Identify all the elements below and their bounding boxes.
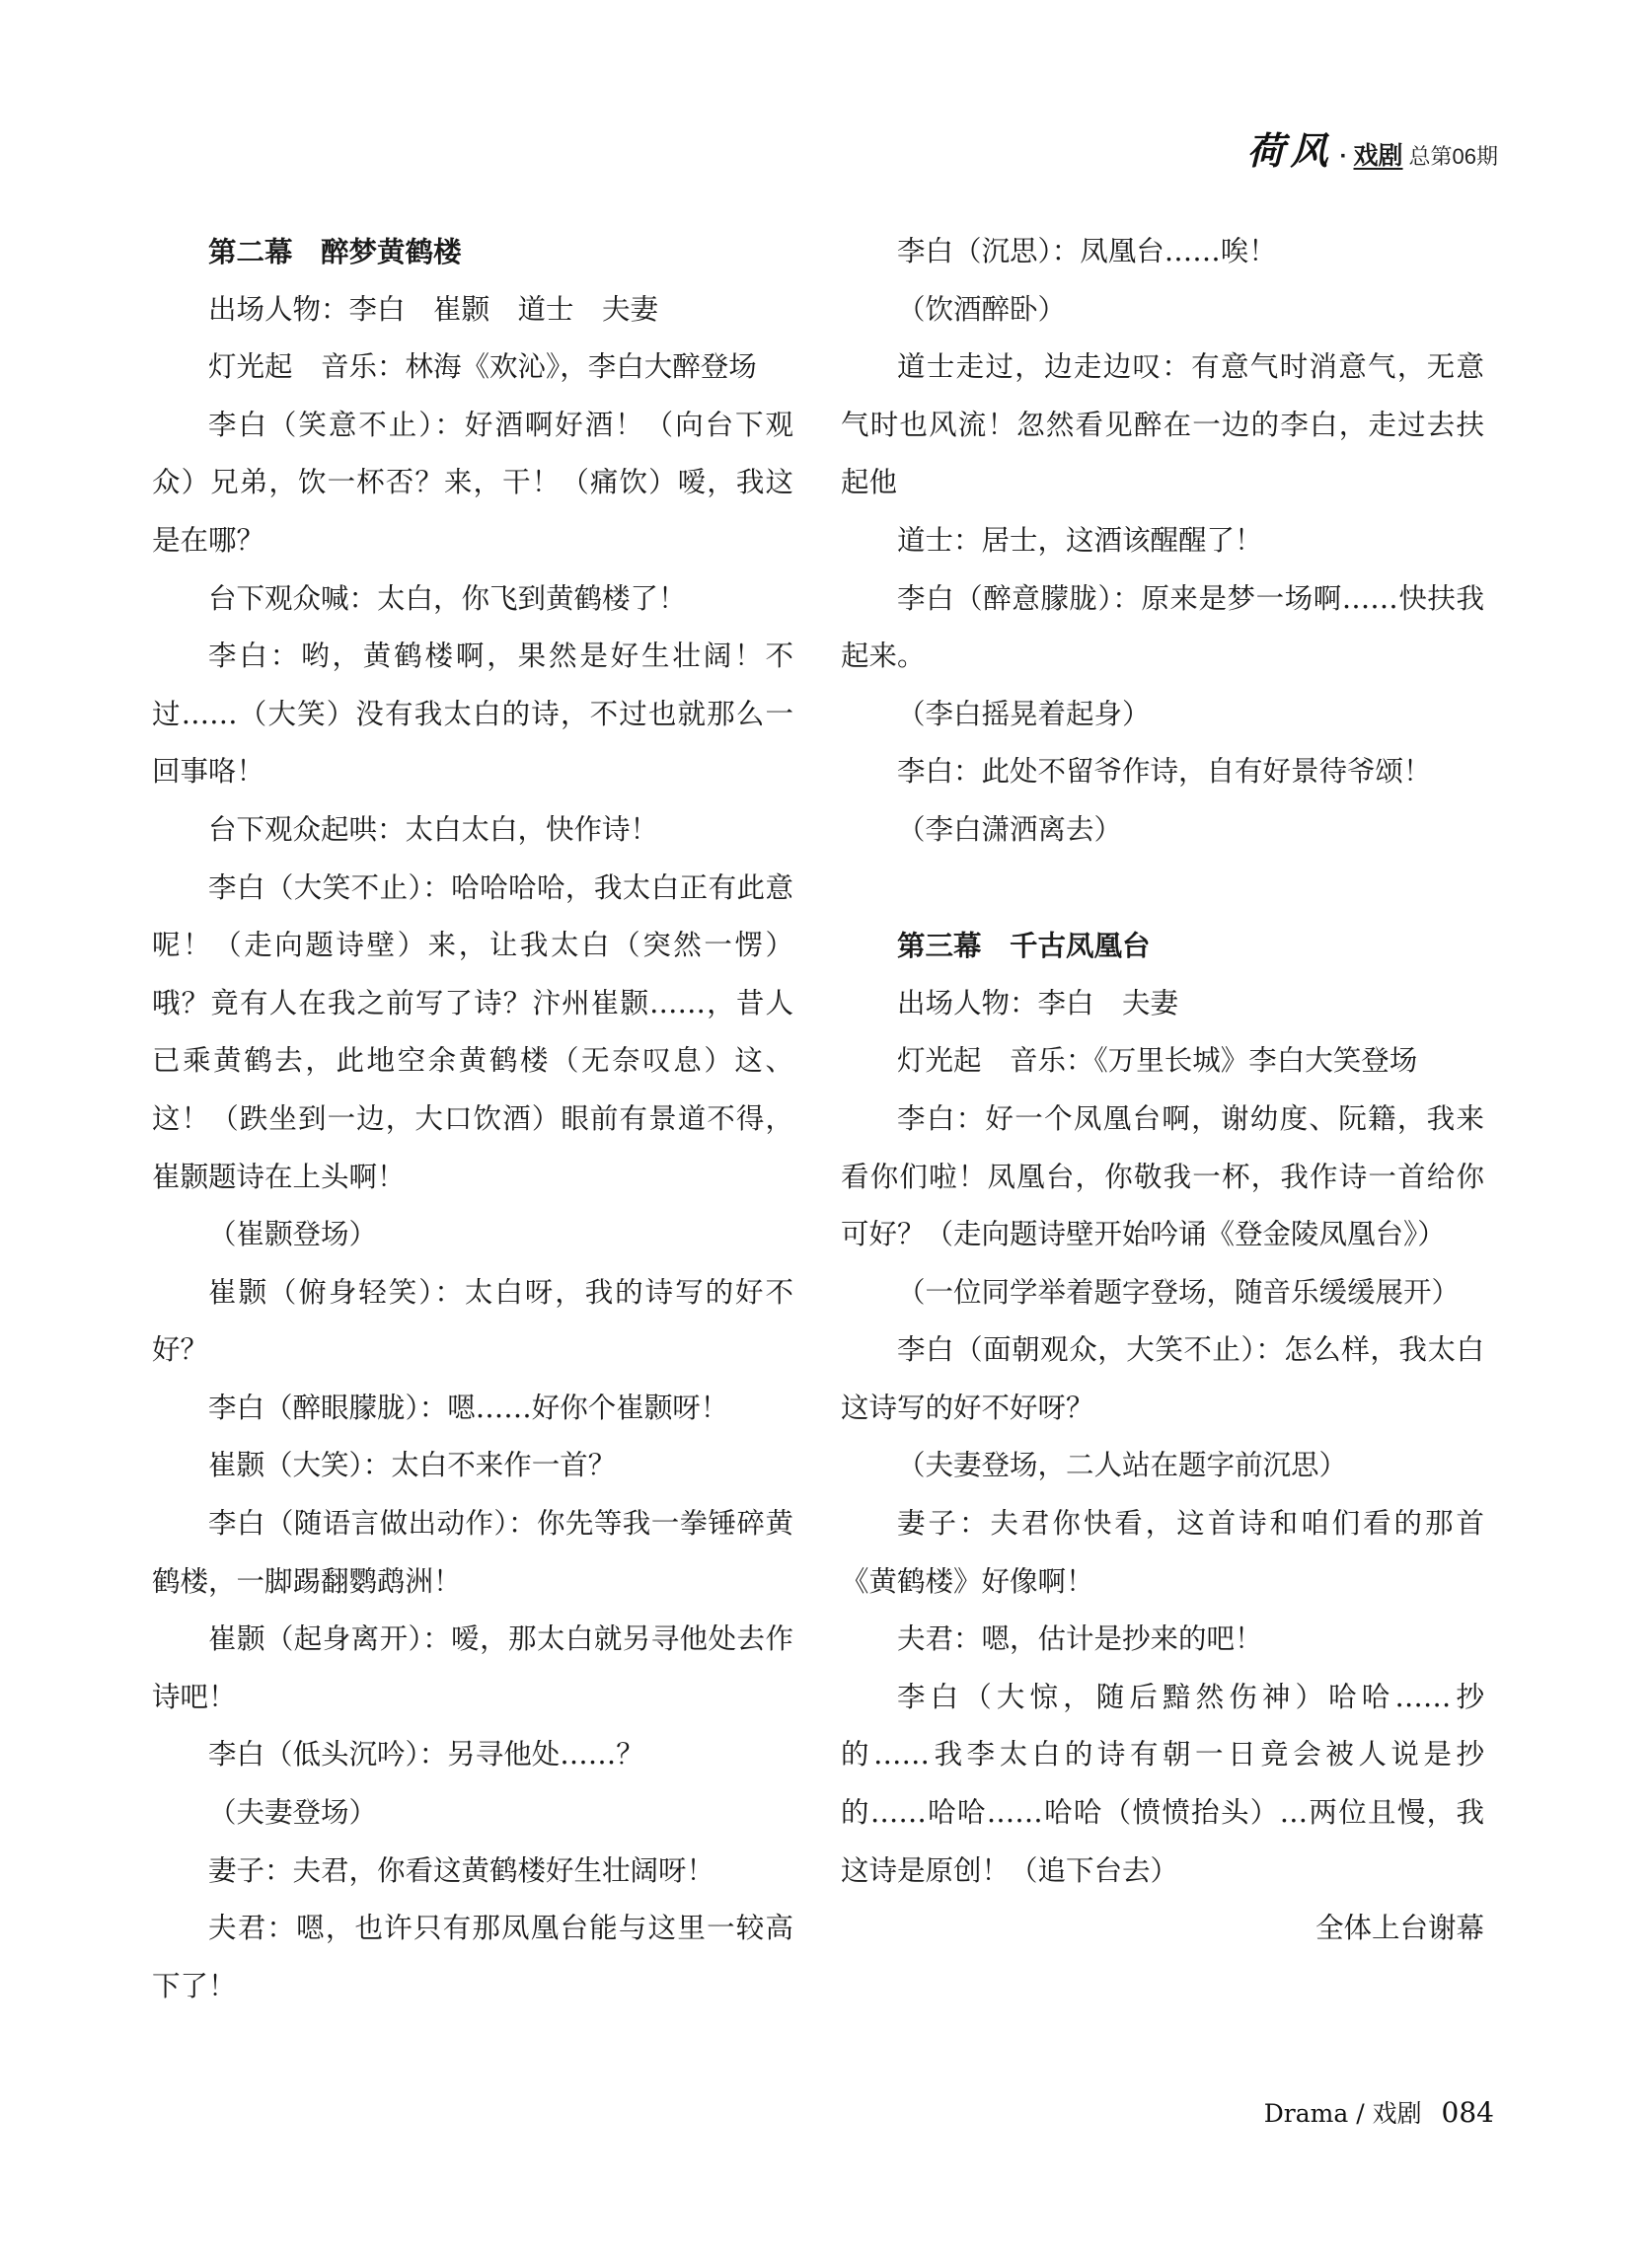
- dialogue-line: 道士：居士，这酒该醒醒了！: [841, 512, 1484, 570]
- dialogue-line: 夫君：嗯，也许只有那凤凰台能与这里一较高下了！: [152, 1900, 793, 2015]
- stage-cue: 灯光起 音乐：《万里长城》李白大笑登场: [841, 1032, 1484, 1091]
- dialogue-line: 李白（笑意不止）：好酒啊好酒！（向台下观众）兄弟，饮一杯否？来，干！（痛饮）嗳，…: [152, 397, 793, 570]
- header-separator: ·: [1340, 143, 1348, 171]
- magazine-brand: 荷风: [1246, 120, 1333, 175]
- dialogue-line: 李白：好一个凤凰台啊，谢幼度、阮籍，我来看你们啦！凤凰台，你敬我一杯，我作诗一首…: [841, 1091, 1484, 1264]
- page-number: 084: [1442, 2096, 1494, 2129]
- dialogue-line: 道士走过，边走边叹：有意气时消意气，无意气时也风流！忽然看见醉在一边的李白，走过…: [841, 339, 1484, 512]
- dialogue-line: 李白（大惊，随后黯然伤神）哈哈……抄的……我李太白的诗有朝一日竟会被人说是抄的……: [841, 1669, 1484, 1900]
- dialogue-line: 台下观众起哄：太白太白，快作诗！: [152, 801, 793, 860]
- dialogue-line: 崔颢（俯身轻笑）：太白呀，我的诗写的好不好？: [152, 1264, 793, 1380]
- section-name: 戏剧: [1354, 136, 1403, 172]
- dialogue-line: 李白：此处不留爷作诗，自有好景待爷颂！: [841, 743, 1484, 801]
- section-gap: [841, 860, 1484, 918]
- right-column: 李白（沉思）：凤凰台……唉！ （饮酒醉卧） 道士走过，边走边叹：有意气时消意气，…: [841, 223, 1484, 1958]
- dialogue-line: 李白（低头沉吟）：另寻他处……？: [152, 1726, 793, 1784]
- dialogue-line: 夫君：嗯，估计是抄来的吧！: [841, 1611, 1484, 1669]
- dialogue-line: 李白（随语言做出动作）：你先等我一拳锤碎黄鹤楼，一脚踢翻鹦鹉洲！: [152, 1495, 793, 1611]
- dialogue-line: 台下观众喊：太白，你飞到黄鹤楼了！: [152, 570, 793, 629]
- stage-cue: 灯光起 音乐：林海《欢沁》，李白大醉登场: [152, 339, 793, 397]
- closing-note: 全体上台谢幕: [841, 1900, 1484, 1958]
- issue-number: 总第06期: [1409, 140, 1498, 171]
- page-footer: Drama / 戏剧 084: [1264, 2094, 1494, 2130]
- stage-direction: （一位同学举着题字登场，随音乐缓缓展开）: [841, 1264, 1484, 1322]
- left-column: 第二幕 醉梦黄鹤楼 出场人物：李白 崔颢 道士 夫妻 灯光起 音乐：林海《欢沁》…: [152, 223, 793, 2015]
- stage-direction: （李白潇洒离去）: [841, 801, 1484, 860]
- act-2-title: 第二幕 醉梦黄鹤楼: [152, 223, 793, 281]
- running-header: 荷风 · 戏剧 总第06期: [1246, 120, 1498, 175]
- cast-list: 出场人物：李白 崔颢 道士 夫妻: [152, 281, 793, 339]
- stage-direction: （李白摇晃着起身）: [841, 686, 1484, 744]
- stage-direction: （饮酒醉卧）: [841, 281, 1484, 339]
- dialogue-line: 李白（醉眼朦胧）：嗯……好你个崔颢呀！: [152, 1380, 793, 1438]
- act-3-title: 第三幕 千古凤凰台: [841, 917, 1484, 975]
- cast-list: 出场人物：李白 夫妻: [841, 975, 1484, 1033]
- dialogue-line: 李白：哟，黄鹤楼啊，果然是好生壮阔！不过……（大笑）没有我太白的诗，不过也就那么…: [152, 628, 793, 801]
- stage-direction: （夫妻登场）: [152, 1784, 793, 1843]
- dialogue-line: 崔颢（大笑）：太白不来作一首？: [152, 1437, 793, 1495]
- dialogue-line: 妻子：夫君你快看，这首诗和咱们看的那首《黄鹤楼》好像啊！: [841, 1495, 1484, 1611]
- dialogue-line: 李白（面朝观众，大笑不止）：怎么样，我太白这诗写的好不好呀？: [841, 1321, 1484, 1437]
- dialogue-line: 崔颢（起身离开）：嗳，那太白就另寻他处去作诗吧！: [152, 1611, 793, 1726]
- dialogue-line: 李白（沉思）：凤凰台……唉！: [841, 223, 1484, 281]
- dialogue-line: 妻子：夫君，你看这黄鹤楼好生壮阔呀！: [152, 1843, 793, 1901]
- footer-label: Drama / 戏剧: [1264, 2099, 1422, 2128]
- dialogue-line: 李白（大笑不止）：哈哈哈哈，我太白正有此意呢！（走向题诗壁）来，让我太白（突然一…: [152, 860, 793, 1207]
- stage-direction: （夫妻登场，二人站在题字前沉思）: [841, 1437, 1484, 1495]
- stage-direction: （崔颢登场）: [152, 1206, 793, 1264]
- dialogue-line: 李白（醉意朦胧）：原来是梦一场啊……快扶我起来。: [841, 570, 1484, 686]
